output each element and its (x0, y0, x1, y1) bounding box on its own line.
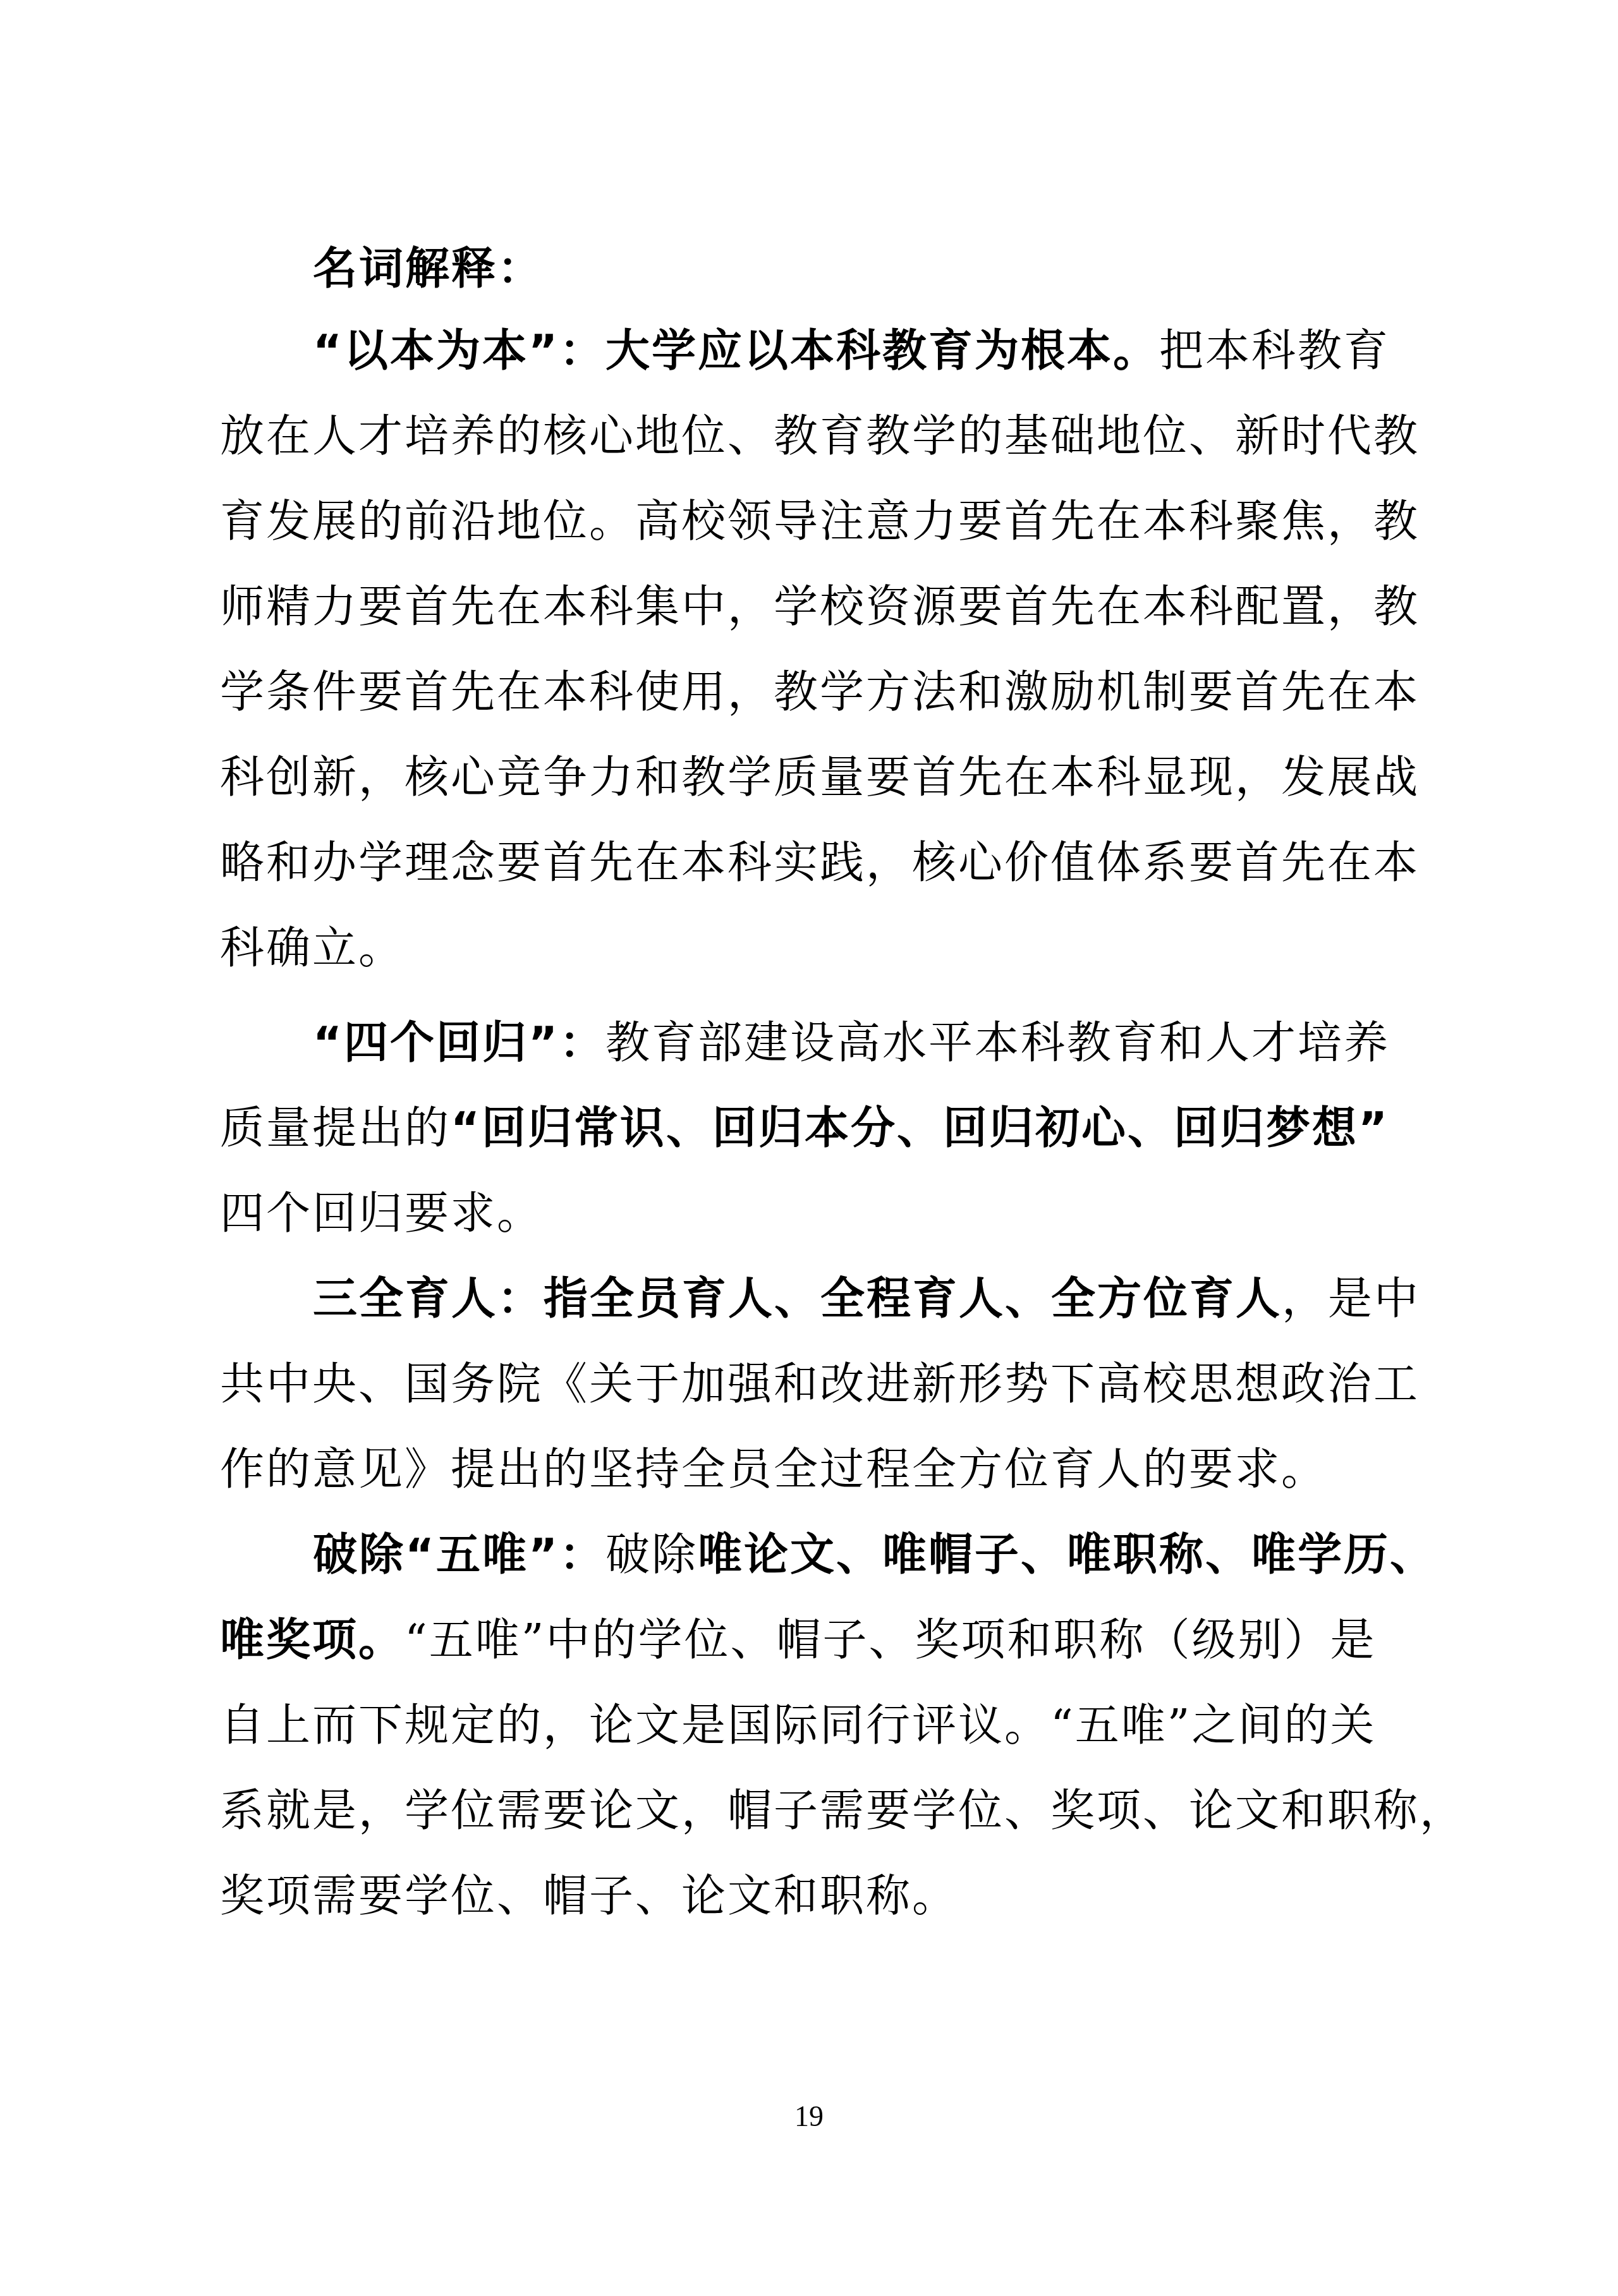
text-run: 放在人才培养的核心地位、教育教学的基础地位、新时代教 (220, 410, 1420, 462)
text-run: 自上而下规定的，论文是国际同行评议。“五唯”之间的关 (220, 1699, 1377, 1751)
text-run: 共中央、国务院《关于加强和改进新形势下高校思想政治工 (220, 1358, 1420, 1410)
term-pochuwuwei-line-2: 唯奖项。“五唯”中的学位、帽子、奖项和职称（级别）是 (220, 1612, 1433, 1668)
text-run: 师精力要首先在本科集中，学校资源要首先在本科配置，教 (220, 581, 1420, 633)
term-yibenweiben-line-1: “以本为本”：大学应以本科教育为根本。把本科教育 (313, 322, 1433, 379)
term-yibenweiben-line-6: 科创新，核心竞争力和教学质量要首先在本科显现，发展战 (220, 749, 1433, 806)
text-run: 育发展的前沿地位。高校领导注意力要首先在本科聚焦，教 (220, 495, 1420, 547)
term-title-bold: “四个回归”： (313, 1017, 605, 1069)
term-yibenweiben-line-4: 师精力要首先在本科集中，学校资源要首先在本科配置，教 (220, 578, 1433, 635)
text-run: 科确立。 (220, 922, 404, 974)
term-emphasis-bold: 唯奖项。 (220, 1614, 404, 1666)
text-run: 把本科教育 (1159, 325, 1390, 377)
heading-text: 名词解释： (313, 243, 544, 295)
term-definition-bold: 三全育人：指全员育人、全程育人、全方位育人 (313, 1273, 1282, 1325)
text-run: 作的意见》提出的坚持全员全过程全方位育人的要求。 (220, 1443, 1327, 1495)
term-title-bold: 破除“五唯”： (313, 1529, 605, 1581)
term-sanquanyuren-line-3: 作的意见》提出的坚持全员全过程全方位育人的要求。 (220, 1441, 1433, 1498)
text-run: 质量提出的 (220, 1102, 451, 1154)
term-emphasis-bold: “回归常识、回归本分、回归初心、回归梦想” (451, 1102, 1389, 1154)
term-yibenweiben-line-3: 育发展的前沿地位。高校领导注意力要首先在本科聚焦，教 (220, 493, 1433, 550)
text-run: “五唯”中的学位、帽子、奖项和职称（级别）是 (404, 1614, 1377, 1666)
term-sigehuigui-line-2: 质量提出的“回归常识、回归本分、回归初心、回归梦想” (220, 1100, 1433, 1157)
term-pochuwuwei-line-4: 系就是，学位需要论文，帽子需要学位、奖项、论文和职称， (220, 1782, 1433, 1839)
term-sanquanyuren-line-1: 三全育人：指全员育人、全程育人、全方位育人，是中 (313, 1270, 1433, 1327)
text-run: 奖项需要学位、帽子、论文和职称。 (220, 1870, 958, 1922)
term-emphasis-bold: 唯论文、唯帽子、唯职称、唯学历、 (698, 1529, 1436, 1581)
term-definition-bold: “以本为本”：大学应以本科教育为根本。 (313, 325, 1159, 377)
text-run: 学条件要首先在本科使用，教学方法和激励机制要首先在本 (220, 666, 1420, 718)
term-yibenweiben-line-5: 学条件要首先在本科使用，教学方法和激励机制要首先在本 (220, 664, 1433, 720)
term-pochuwuwei-line-3: 自上而下规定的，论文是国际同行评议。“五唯”之间的关 (220, 1697, 1433, 1754)
term-yibenweiben-line-7: 略和办学理念要首先在本科实践，核心价值体系要首先在本 (220, 834, 1433, 891)
text-run: 破除 (605, 1529, 698, 1581)
term-pochuwuwei-line-1: 破除“五唯”：破除唯论文、唯帽子、唯职称、唯学历、 (313, 1526, 1433, 1583)
text-run: 教育部建设高水平本科教育和人才培养 (605, 1017, 1390, 1069)
page-number: 19 (0, 2099, 1618, 2133)
term-sanquanyuren-line-2: 共中央、国务院《关于加强和改进新形势下高校思想政治工 (220, 1356, 1433, 1412)
term-yibenweiben-line-2: 放在人才培养的核心地位、教育教学的基础地位、新时代教 (220, 408, 1433, 465)
term-pochuwuwei-line-5: 奖项需要学位、帽子、论文和职称。 (220, 1868, 1433, 1924)
text-run: ，是中 (1282, 1273, 1420, 1325)
term-sigehuigui-line-1: “四个回归”：教育部建设高水平本科教育和人才培养 (313, 1014, 1433, 1071)
text-run: 略和办学理念要首先在本科实践，核心价值体系要首先在本 (220, 837, 1420, 889)
text-run: 四个回归要求。 (220, 1187, 543, 1239)
term-sigehuigui-line-3: 四个回归要求。 (220, 1185, 1433, 1242)
document-page: 名词解释： “以本为本”：大学应以本科教育为根本。把本科教育 放在人才培养的核心… (0, 0, 1618, 2296)
text-run: 科创新，核心竞争力和教学质量要首先在本科显现，发展战 (220, 751, 1420, 803)
term-yibenweiben-line-8: 科确立。 (220, 920, 1433, 976)
text-run: 系就是，学位需要论文，帽子需要学位、奖项、论文和职称， (220, 1785, 1466, 1837)
glossary-heading: 名词解释： (313, 240, 1433, 297)
